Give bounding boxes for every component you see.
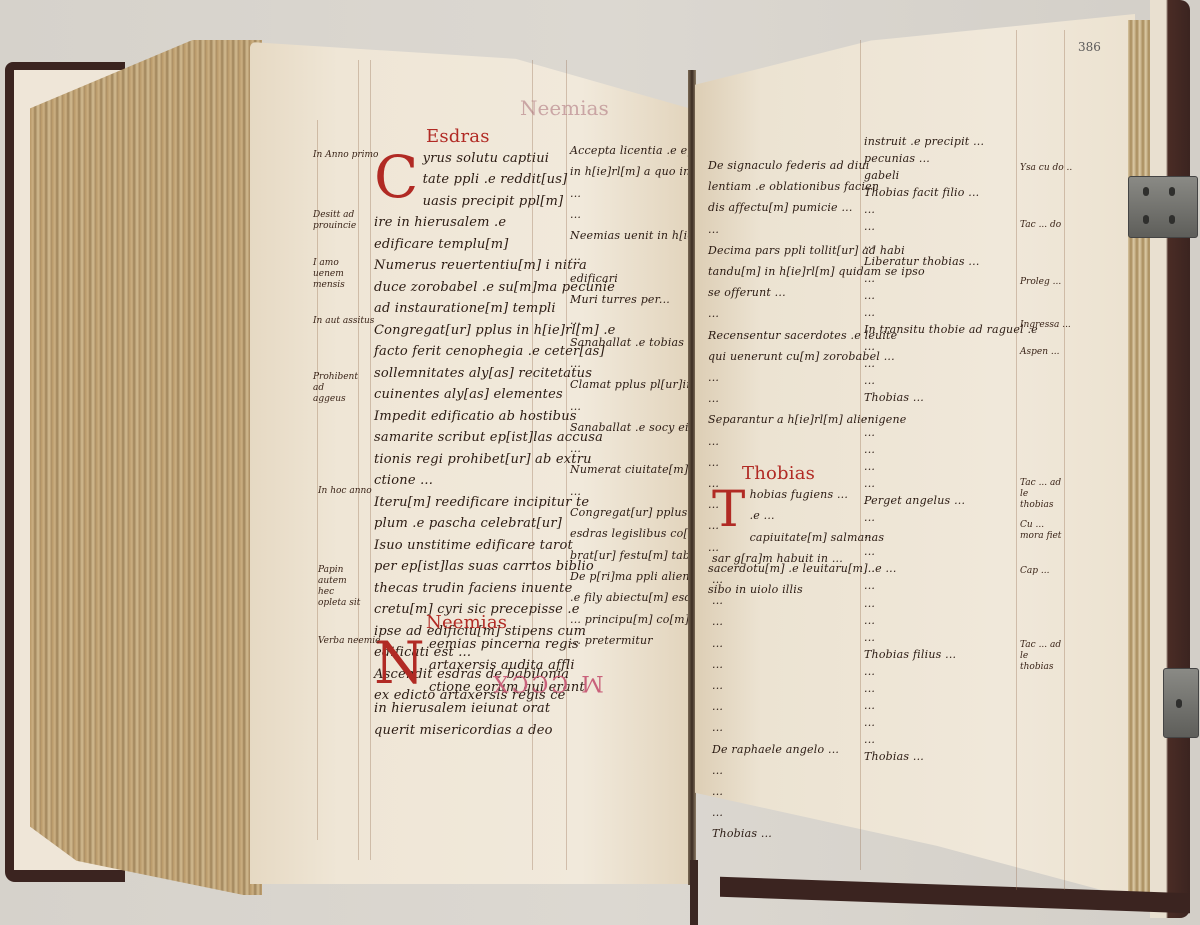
text-line: ...: [864, 424, 1038, 441]
right-fore-edge: [1128, 20, 1150, 900]
text-line: ...: [864, 663, 1038, 680]
marginal-note: Proleg ...: [1020, 277, 1061, 288]
text-line: ...: [864, 577, 1038, 594]
rivet-icon: [1169, 215, 1175, 224]
folio-number: 386: [1078, 40, 1101, 54]
decorated-initial: T: [712, 484, 746, 534]
marginal-note: Ingressa ...: [1020, 320, 1071, 331]
text-line: in hierusalem ieiunat orat: [374, 698, 553, 720]
marginal-note: Aspen ...: [1020, 347, 1059, 358]
marginal-note: Cu ... mora fiet: [1020, 520, 1064, 542]
marginal-note: Desitt ad prouincie: [313, 210, 357, 232]
marginal-note: Prohibent ad aggeus: [313, 372, 359, 405]
marginal-note: Ysa cu do ..: [1020, 163, 1072, 174]
library-stamp: M CCCX: [490, 670, 604, 695]
marginal-note: Tac ... ad le thobias: [1020, 478, 1064, 511]
marginal-note: In aut assitus: [313, 316, 374, 327]
text-line: Thobias ...: [864, 389, 1038, 406]
text-line: In transitu thobie ad raguel .e: [864, 321, 1038, 338]
right-column-a-thobias: Thobias T hobias fugiens ... .e ... capi…: [712, 463, 847, 845]
book-heading-neemias: Neemias: [426, 612, 553, 634]
text-line: ...: [864, 543, 1038, 560]
marginal-note: I amo uenem mensis: [313, 258, 361, 291]
book-heading-thobias: Thobias: [742, 463, 847, 484]
fore-edge-page-block: [30, 40, 262, 895]
marginal-note: Tac ... do: [1020, 220, 1061, 231]
text-line: instruit .e precipit ...: [864, 133, 1038, 150]
marginal-note: Verba neemie: [318, 636, 380, 647]
text-line: pecunias ...: [864, 150, 1038, 167]
text-line: ...: [712, 569, 847, 590]
marginal-note: In hoc anno: [318, 486, 372, 497]
marginal-note: Papin autem hec opleta sit: [318, 565, 364, 609]
text-line: ...: [864, 304, 1038, 321]
metal-clasp-top: [1128, 176, 1198, 238]
text-line: ...: [864, 680, 1038, 697]
text-line: ...: [864, 287, 1038, 304]
text-line: ...: [864, 407, 1038, 424]
text-line: ...: [864, 475, 1038, 492]
text-line: gabeli: [864, 167, 1038, 184]
text-line: ...: [864, 458, 1038, 475]
text-line: ...: [712, 760, 847, 781]
text-line: ...: [864, 236, 1038, 253]
ruling-line: [1064, 30, 1065, 890]
gutter: [688, 70, 696, 885]
marginal-note: Tac ... ad le thobias: [1020, 640, 1064, 673]
text-line: ...: [864, 714, 1038, 731]
spine-headband: [690, 860, 698, 925]
marginal-note: In Anno primo: [313, 150, 378, 161]
text-line: ...: [864, 372, 1038, 389]
faint-pencil-note: Neemias: [520, 96, 609, 120]
text-line: ...: [864, 612, 1038, 629]
text-line: ...: [864, 270, 1038, 287]
text-line: ...: [712, 675, 847, 696]
text-line: ...: [864, 509, 1038, 526]
text-line: ...: [864, 526, 1038, 543]
decorated-initial: N: [374, 634, 425, 692]
text-line: ...: [864, 697, 1038, 714]
decorated-initial: C: [374, 148, 419, 206]
rivet-icon: [1143, 187, 1149, 196]
text-line: ...: [864, 441, 1038, 458]
ruling-line: [370, 60, 371, 860]
metal-clasp-bottom: [1163, 668, 1199, 738]
text-line: querit misericordias a deo: [374, 720, 553, 742]
text-line: ...: [712, 611, 847, 632]
text-line: ...: [864, 355, 1038, 372]
text-line: ...: [712, 802, 847, 823]
text-line: ...: [864, 338, 1038, 355]
text-line: ...: [712, 717, 847, 738]
right-column-b: instruit .e precipit ... pecunias ... ga…: [864, 133, 1038, 765]
front-cover-binding: [1150, 0, 1190, 918]
text-line: Thobias ...: [712, 823, 847, 844]
text-line: Perget angelus ...: [864, 492, 1038, 509]
text-line: ...: [864, 201, 1038, 218]
text-line: ...: [712, 696, 847, 717]
text-line: De raphaele angelo ...: [712, 739, 847, 760]
text-line: ...: [864, 629, 1038, 646]
text-line: Thobias ...: [864, 748, 1038, 765]
text-line: ...: [864, 218, 1038, 235]
rivet-icon: [1176, 699, 1182, 708]
text-line: Liberatur thobias ...: [864, 253, 1038, 270]
text-line: ...: [712, 654, 847, 675]
text-line: ...: [712, 590, 847, 611]
text-line: ...: [864, 595, 1038, 612]
rivet-icon: [1169, 187, 1175, 196]
rivet-icon: [1143, 215, 1149, 224]
text-line: ...: [864, 560, 1038, 577]
text-line: Thobias facit filio ...: [864, 184, 1038, 201]
text-line: ...: [712, 633, 847, 654]
text-line: Thobias filius ...: [864, 646, 1038, 663]
text-line: ...: [864, 731, 1038, 748]
marginal-note: Cap ...: [1020, 566, 1049, 577]
text-line: ...: [712, 781, 847, 802]
text-line: sar g[ra]m habuit in ...: [712, 548, 847, 569]
ruling-line: [358, 60, 359, 860]
